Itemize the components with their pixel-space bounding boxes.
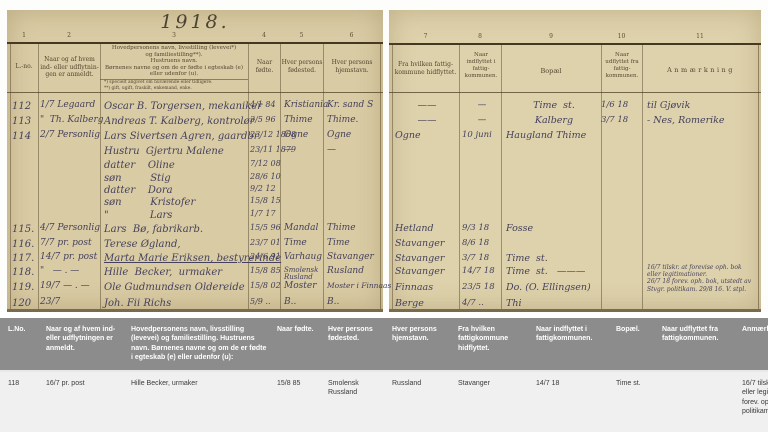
entry-moved-out: 1/6 18: [601, 101, 643, 110]
column-number: 11: [642, 33, 758, 40]
entry-moved-in: 14/7 18: [462, 267, 502, 276]
entry-from-commune: ——: [395, 116, 459, 126]
register-row: datter Oline7/12 08: [0, 160, 768, 174]
entry-residence: Time st. ———: [506, 267, 602, 277]
entry-from-commune: Finnaas: [395, 283, 459, 293]
header-home: Hver persons hjemstavn.: [324, 59, 380, 74]
header-residence: Bopæl: [503, 67, 599, 75]
scanned-register-image: 1918. 1 2 3 4 5 6 7 8 9 10 11 L.-no. Naa…: [0, 0, 768, 312]
column-number: 4: [248, 32, 280, 39]
column-number: 7: [392, 33, 459, 40]
entry-moved-in: —: [462, 116, 502, 125]
entry-born: 7/12 08: [250, 160, 282, 169]
register-row: Stavanger14/7 18Time st. ———16/7 tilskr.…: [0, 267, 768, 281]
entry-moved-in: 23/5 18: [462, 283, 502, 292]
entry-residence: Time st.: [506, 101, 602, 111]
register-year-title: 1918.: [7, 11, 383, 33]
entry-moved-in: 10 juni: [462, 131, 502, 140]
entry-residence: Thi: [506, 299, 602, 309]
entry-born: 9/2 12: [250, 185, 282, 194]
entry-residence: Haugland Thime: [506, 131, 602, 141]
header-name-footnotes: *) specielt angivet om nuværende eller t…: [104, 80, 246, 91]
entry-residence: Fosse: [506, 224, 602, 234]
entry-residence: Time st.: [506, 254, 602, 264]
td-remarks: 16/7 tilskr. at forevise oph.bok eller l…: [742, 379, 768, 432]
header-announced: Naar og af hvem ind- eller udflytnin- ge…: [39, 56, 100, 79]
register-row: " Lars1/7 17: [0, 210, 768, 224]
td-birthplace: Smolensk Russland: [328, 379, 392, 432]
entry-moved-in: —: [462, 101, 502, 110]
register-row: Berge4/7 ..Thi: [0, 299, 768, 312]
td-moved-out: [662, 379, 742, 432]
header-moved-in: Naar indflyttet i fattig- kommunen.: [461, 52, 501, 80]
entry-from-commune: Berge: [395, 299, 459, 309]
entry-moved-out: 3/7 18: [601, 116, 643, 125]
column-number: 5: [280, 32, 323, 39]
column-number: 8: [459, 33, 501, 40]
column-number: 9: [501, 33, 601, 40]
column-number: 10: [601, 33, 642, 40]
header-lno: L.-no.: [10, 63, 38, 71]
entry-moved-in: 4/7 ..: [462, 299, 502, 308]
header-born: Naar fødte.: [249, 59, 280, 74]
column-number: 6: [323, 32, 380, 39]
header-name: Hovedpersonens navn, livsstilling (levev…: [101, 45, 247, 78]
entry-born: 15/8 15: [250, 197, 282, 206]
td-moved-in: 14/7 18: [536, 379, 616, 432]
header-moved-out: Naar udflyttet fra fattig- kommunen.: [602, 52, 642, 80]
td-born: 15/8 85: [277, 379, 328, 432]
transcription-data-row: 118 16/7 pr. post Hille Becker, urmaker …: [0, 370, 768, 432]
register-row: Hustru Gjertru Malene23/11 1879——: [0, 146, 768, 160]
entry-from-commune: Stavanger: [395, 239, 459, 249]
register-row: Hetland9/3 18Fosse: [0, 224, 768, 238]
entry-name: datter Dora: [104, 185, 254, 196]
register-row: søn Kristofer15/8 15: [0, 197, 768, 211]
td-home: Russland: [392, 379, 458, 432]
entry-from-commune: ——: [395, 101, 459, 111]
td-name: Hille Becker, urmaker: [131, 379, 277, 432]
entry-name: Hustru Gjertru Malene: [104, 146, 254, 157]
entry-residence: Do. (O. Ellingsen): [506, 283, 602, 293]
td-from-commune: Stavanger: [458, 379, 536, 432]
column-number: 1: [10, 32, 38, 39]
register-row: Ogne10 juniHaugland Thime: [0, 131, 768, 145]
entry-moved-in: 8/6 18: [462, 239, 502, 248]
header-from-commune: Fra hvilken fattig- kommune hidflyttet.: [393, 61, 458, 76]
entry-residence: Kalberg: [506, 116, 602, 126]
entry-remarks: til Gjøvik: [647, 101, 763, 111]
entry-from-commune: Stavanger: [395, 267, 459, 277]
td-residence: Time st.: [616, 379, 662, 432]
transcription-table: L.No. Naar og af hvem ind- eller udflytn…: [0, 318, 768, 432]
entry-moved-in: 9/3 18: [462, 224, 502, 233]
entry-name: " Lars: [104, 210, 254, 221]
td-announced: 16/7 pr. post: [46, 379, 131, 432]
entry-name: søn Stig: [104, 173, 254, 184]
column-number: 3: [100, 32, 248, 39]
entry-birthplace: —: [284, 146, 326, 156]
register-row: Stavanger8/6 18: [0, 239, 768, 253]
header-birthplace: Hver persons fødested.: [281, 59, 323, 74]
entry-from-commune: Stavanger: [395, 254, 459, 264]
td-lno: 118: [8, 379, 46, 432]
transcription-tool-screen: 1918. 1 2 3 4 5 6 7 8 9 10 11 L.-no. Naa…: [0, 0, 768, 432]
entry-born: 1/7 17: [250, 210, 282, 219]
entry-moved-in: 3/7 18: [462, 254, 502, 263]
entry-home: —: [327, 146, 381, 156]
entry-remarks: - Nes, Romerike: [647, 116, 763, 126]
entry-from-commune: Ogne: [395, 131, 459, 141]
entry-from-commune: Hetland: [395, 224, 459, 234]
transcription-header-row: L.No. Naar og af hvem ind- eller udflytn…: [0, 318, 768, 377]
column-number: 2: [38, 32, 100, 39]
entry-name: datter Oline: [104, 160, 254, 171]
entry-born: 23/11 1879: [250, 146, 282, 155]
register-row: ———Time st.1/6 18til Gjøvik: [0, 101, 768, 115]
header-remarks: Anmærkning: [644, 66, 758, 74]
register-row: Finnaas23/5 18Do. (O. Ellingsen): [0, 283, 768, 297]
entry-name: søn Kristofer: [104, 197, 254, 208]
entry-born: 28/6 10: [250, 173, 282, 182]
register-row: ———Kalberg3/7 18- Nes, Romerike: [0, 116, 768, 130]
